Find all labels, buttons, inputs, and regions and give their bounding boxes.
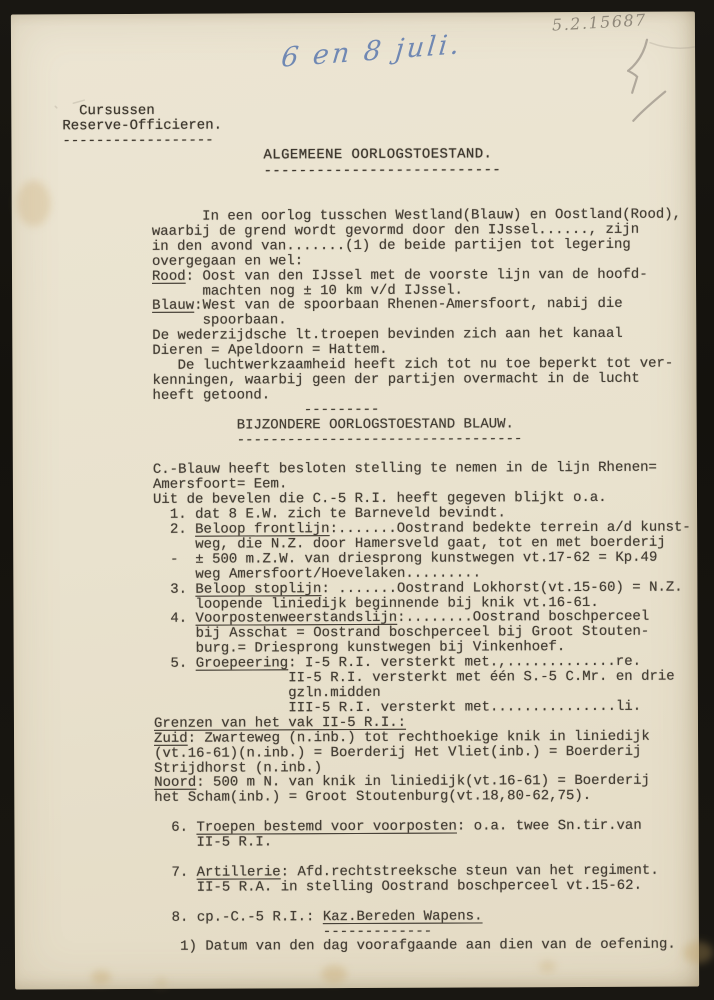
paper-stain — [539, 960, 556, 972]
page-title-underline: --------------------------- — [264, 163, 502, 180]
text-segment: in den avond van.......(1) de beide part… — [152, 237, 631, 255]
text-segment: 3. — [153, 581, 195, 597]
text-line: kenningen, waarbij geen der partijen ove… — [152, 372, 690, 389]
underlined-text: Zuid — [154, 730, 188, 746]
underlined-text: Kaz.Bereden Wapens. — [323, 908, 483, 925]
text-segment — [155, 895, 163, 911]
text-line: in den avond van.......(1) de beide part… — [152, 237, 690, 254]
sender-underline: ------------------ — [62, 134, 222, 150]
text-segment: II-5 R.I. versterkt met één S.-5 C.Mr. e… — [154, 669, 675, 687]
text-line: 1) Datum van den dag voorafgaande aan di… — [155, 938, 693, 955]
text-segment: II-5 R.A. in stelling Oostrand boschperc… — [155, 878, 642, 896]
paper-sheet: 5.2.15687 6 en 8 juli. Cursussen Reserve… — [11, 12, 699, 990]
archive-number-handwriting: 5.2.15687 — [551, 11, 647, 34]
text-segment: (vt.16-61)(n.inb.) = Boerderij Het Vliet… — [154, 743, 641, 761]
paper-stain — [321, 965, 347, 983]
paper-stain — [155, 978, 167, 987]
text-line: De wederzijdsche lt.troepen bevinden zic… — [152, 327, 690, 344]
underlined-text: Troepen bestemd voor voorposten — [196, 819, 457, 836]
page-title: ALGEMEENE OORLOGSTOESTAND. — [263, 147, 501, 164]
document-body: In een oorlog tusschen Westland(Blauw) e… — [152, 208, 693, 956]
text-segment: 7. — [155, 865, 197, 881]
text-line: III-5 R.I. versterkt met...............l… — [154, 699, 692, 716]
text-segment: ---------------------------------- — [153, 431, 523, 449]
text-segment: kenningen, waarbij geen der partijen ove… — [152, 371, 639, 389]
text-segment — [155, 850, 163, 866]
text-segment: 6. — [154, 820, 196, 836]
text-segment: het Scham(inb.) = Groot Stoutenburg(vt.1… — [154, 788, 591, 806]
underlined-text: Artillerie — [197, 864, 281, 880]
text-segment: II-5 R.I. — [154, 834, 272, 851]
paper-stain — [91, 970, 111, 984]
date-note-handwriting: 6 en 8 juli. — [280, 30, 464, 74]
text-segment — [154, 805, 162, 821]
text-line: 6. Troepen bestemd voor voorposten: o.a.… — [154, 819, 692, 836]
scanned-document-page: { "annotations": { "archive_number": "5.… — [0, 0, 714, 1000]
text-line: II-5 R.I. versterkt met één S.-5 C.Mr. e… — [154, 670, 692, 687]
text-segment: 5. — [154, 656, 196, 672]
text-line: II-5 R.A. in stelling Oostrand boschperc… — [155, 878, 693, 895]
text-segment: : o.a. twee Sn.tir.van — [457, 818, 642, 835]
text-segment: 2. — [153, 522, 195, 538]
paper-stain — [17, 180, 51, 226]
underlined-text: Rood — [152, 268, 186, 284]
sender-block: Cursussen Reserve-Officieren. ----------… — [62, 104, 222, 150]
text-segment: C.-Blauw heeft besloten stelling te neme… — [153, 460, 657, 478]
text-segment: 1) Datum van den dag voorafgaande aan di… — [155, 937, 676, 955]
document-title-block: ALGEMEENE OORLOGSTOESTAND. -------------… — [263, 147, 501, 179]
text-line: (vt.16-61)(n.inb.) = Boerderij Het Vliet… — [154, 744, 692, 761]
